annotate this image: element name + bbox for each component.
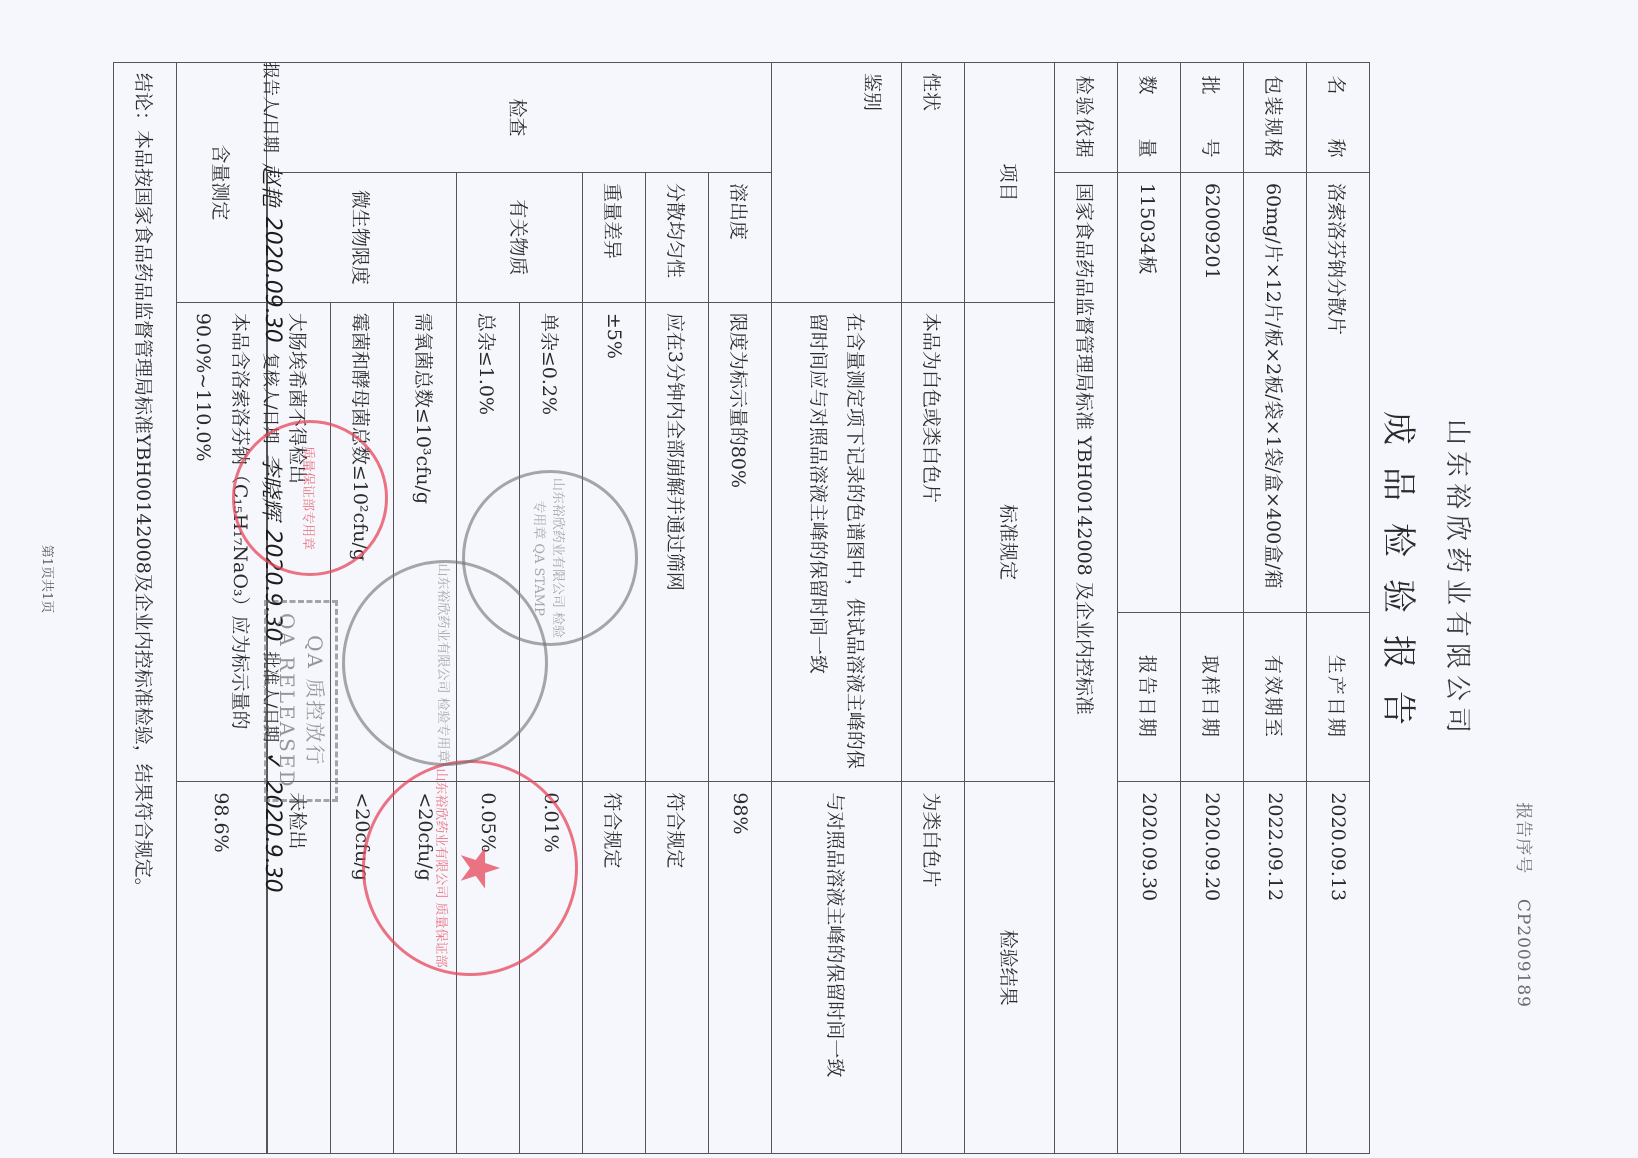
reporter-signature: 赵艳 (257, 163, 288, 207)
row-dispersion: 分散均匀性 应在3分钟内全部崩解并通过筛网 符合规定 (646, 63, 709, 1154)
related-single-result: 0.01% (520, 782, 583, 1154)
production-date: 2020.09.13 (1307, 782, 1370, 1154)
batch-label: 批 号 (1181, 63, 1244, 173)
reporter-date: 2020.09.30 (260, 217, 285, 343)
report-number: 报告序号 CP2009189 (1513, 802, 1538, 1008)
related-item: 有关物质 (457, 172, 583, 302)
quantity-label: 数 量 (1118, 63, 1181, 173)
basis-label: 检验依据 (1055, 63, 1118, 173)
row-weight: 重量差异 ±5% 符合规定 (583, 63, 646, 1154)
appearance-item: 性状 (902, 63, 965, 303)
dispersion-item: 分散均匀性 (646, 172, 709, 302)
dispersion-result: 符合规定 (646, 782, 709, 1154)
aerobic-result: <20cfu/g (394, 782, 457, 1154)
row-basis: 检验依据 国家食品药品监督管理局标准 YBH00142008 及企业内控标准 (1055, 63, 1118, 1154)
page-number: 第1页共1页 (39, 0, 58, 1158)
weight-item: 重量差异 (583, 172, 646, 302)
appearance-result: 为类白色片 (902, 782, 965, 1154)
column-item: 项目 (965, 63, 1055, 303)
row-batch: 批 号 62009201 取样日期 2020.09.20 (1181, 63, 1244, 1154)
basis: 国家食品药品监督管理局标准 YBH00142008 及企业内控标准 (1055, 172, 1118, 1153)
dissolution-result: 98% (709, 782, 772, 1154)
weight-result: 符合规定 (583, 782, 646, 1154)
expiry-label: 有效期至 (1244, 612, 1307, 782)
package-label: 包装规格 (1244, 63, 1307, 173)
check-category: 检查 (267, 63, 772, 173)
row-related-single: 有关物质 单杂≤0.2% 0.01% (520, 63, 583, 1154)
report-date: 2020.09.30 (1118, 782, 1181, 1154)
appearance-standard: 本品为白色或类白色片 (902, 302, 965, 782)
assay-standard: 本品含洛索洛芬钠（C₁₅H₁₇NaO₃）应为标示量的90.0%~110.0% (177, 302, 267, 782)
qa-released-stamp: QA 质控放行 QA RELEASED (264, 600, 338, 802)
row-header: 项目 标准规定 检验结果 (965, 63, 1055, 1154)
package-spec: 60mg/片×12片/板×2板/袋×1袋/盒×400盒/箱 (1244, 172, 1307, 612)
name-label: 名 称 (1307, 63, 1370, 173)
product-name: 洛索洛芬钠分散片 (1307, 172, 1370, 612)
inspection-report-page: 报告序号 CP2009189 山东裕欣药业有限公司 成品检验报告 名 称 洛索洛… (0, 0, 1638, 1158)
qa-box-cn: QA 质控放行 (301, 613, 329, 789)
aerobic-standard: 需氧菌总数≤10³cfu/g (394, 302, 457, 782)
identification-item: 鉴别 (772, 63, 902, 303)
company-name: 山东裕欣药业有限公司 (1441, 0, 1478, 1158)
reporter-label: 报告人/日期 (260, 62, 285, 153)
assay-item: 含量测定 (177, 63, 267, 303)
mold-result: <20cfu/g (331, 782, 394, 1154)
identification-standard: 在含量测定项下记录的色谱图中，供试品溶液主峰的保留时间应与对照品溶液主峰的保留时… (772, 302, 902, 782)
batch-number: 62009201 (1181, 172, 1244, 612)
reviewer-label: 复核人/日期 (260, 353, 285, 444)
row-quantity: 数 量 115034板 报告日期 2020.09.30 (1118, 63, 1181, 1154)
row-package: 包装规格 60mg/片×12片/板×2板/袋×1袋/盒×400盒/箱 有效期至 … (1244, 63, 1307, 1154)
column-result: 检验结果 (965, 782, 1055, 1154)
quantity: 115034板 (1118, 172, 1181, 612)
report-number-value: CP2009189 (1513, 899, 1533, 1008)
row-appearance: 性状 本品为白色或类白色片 为类白色片 (902, 63, 965, 1154)
expiry-date: 2022.09.12 (1244, 782, 1307, 1154)
row-conclusion: 结论：本品按国家食品药品监督管理局标准YBH00142008及企业内控标准检验，… (114, 63, 177, 1154)
related-single-standard: 单杂≤0.2% (520, 302, 583, 782)
report-title: 成品检验报告 (1377, 0, 1426, 1158)
row-dissolution: 检查 溶出度 限度为标示量的80% 98% (709, 63, 772, 1154)
row-microbial-aerobic: 微生物限度 需氧菌总数≤10³cfu/g <20cfu/g (394, 63, 457, 1154)
microbial-item: 微生物限度 (268, 172, 457, 302)
identification-result: 与对照品溶液主峰的保留时间一致 (772, 782, 902, 1154)
conclusion: 结论：本品按国家食品药品监督管理局标准YBH00142008及企业内控标准检验，… (114, 63, 177, 1154)
reviewer-signature: 李晓辉 (257, 453, 288, 519)
weight-standard: ±5% (583, 302, 646, 782)
report-date-label: 报告日期 (1118, 612, 1181, 782)
sampling-date-label: 取样日期 (1181, 612, 1244, 782)
related-total-standard: 总杂≤1.0% (457, 302, 520, 782)
related-total-result: 0.05% (457, 782, 520, 1154)
dissolution-standard: 限度为标示量的80% (709, 302, 772, 782)
sampling-date: 2020.09.20 (1181, 782, 1244, 1154)
mold-standard: 霉菌和酵母菌总数≤10²cfu/g (331, 302, 394, 782)
report-number-label: 报告序号 (1513, 802, 1533, 874)
production-date-label: 生产日期 (1307, 612, 1370, 782)
dissolution-item: 溶出度 (709, 172, 772, 302)
row-assay: 含量测定 本品含洛索洛芬钠（C₁₅H₁₇NaO₃）应为标示量的90.0%~110… (177, 63, 267, 1154)
row-identification: 鉴别 在含量测定项下记录的色谱图中，供试品溶液主峰的保留时间应与对照品溶液主峰的… (772, 63, 902, 1154)
row-name: 名 称 洛索洛芬钠分散片 生产日期 2020.09.13 (1307, 63, 1370, 1154)
qa-box-en: QA RELEASED (273, 613, 301, 789)
column-standard: 标准规定 (965, 302, 1055, 782)
dispersion-standard: 应在3分钟内全部崩解并通过筛网 (646, 302, 709, 782)
assay-result: 98.6% (177, 782, 267, 1154)
